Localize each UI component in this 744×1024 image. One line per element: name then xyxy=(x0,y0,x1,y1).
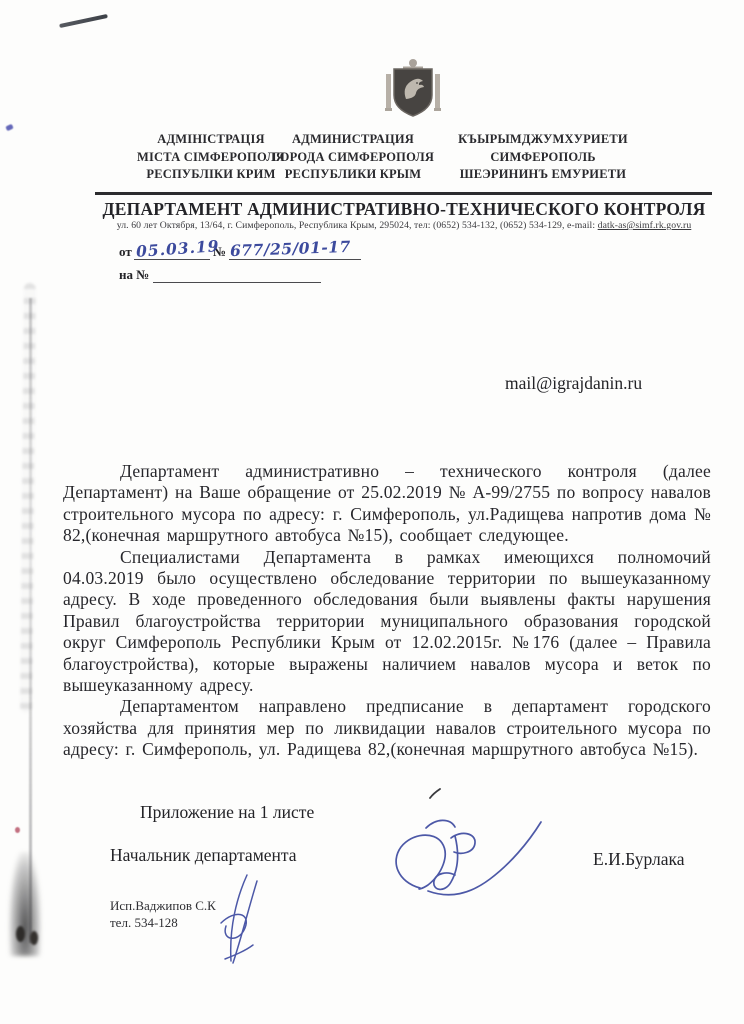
org-name-russian: АДМИНИСТРАЦИЯ ГОРОДА СИМФЕРОПОЛЯ РЕСПУБЛ… xyxy=(262,131,444,184)
smudge-dot xyxy=(16,926,25,942)
org-line: СИМФЕРОПОЛЬ xyxy=(448,149,638,167)
scanned-letter-page: { "colors": { "ink_blue": "#3c4a9d", "pa… xyxy=(0,0,744,1024)
executor-phone: тел. 534-128 xyxy=(110,914,216,931)
body-paragraph-2: Специалистами Департамента в рамках имею… xyxy=(63,547,711,697)
org-line: РЕСПУБЛИКИ КРЫМ xyxy=(262,166,444,184)
reply-reference-line: на № xyxy=(119,266,321,283)
executor-info: Исп.Ваджипов С.К тел. 534-128 xyxy=(110,897,216,931)
org-line: КЪЫРЫМДЖУМХУРИЕТИ xyxy=(448,131,638,149)
department-address: ул. 60 лет Октября, 13/64, г. Симферопол… xyxy=(80,220,728,231)
signature-burlaka xyxy=(362,810,542,905)
red-fleck-artifact xyxy=(15,827,20,833)
pen-mark xyxy=(428,787,442,805)
left-edge-smudge xyxy=(20,283,36,713)
recipient-email: mail@igrajdanin.ru xyxy=(505,373,642,394)
outgoing-reference-line: от05.03.19 №677/25/01-17 xyxy=(119,243,361,260)
org-line: ГОРОДА СИМФЕРОПОЛЯ xyxy=(262,149,444,167)
smudge-dot xyxy=(30,931,38,945)
body-paragraph-3: Департаментом направлено предписание в д… xyxy=(63,696,711,760)
crimea-coat-of-arms-icon xyxy=(384,57,442,126)
from-label: от xyxy=(119,244,132,259)
attachment-note: Приложение на 1 листе xyxy=(140,802,314,823)
department-email: datk-as@simf.rk.gov.ru xyxy=(598,220,692,231)
address-text: ул. 60 лет Октября, 13/64, г. Симферопол… xyxy=(117,220,598,231)
date-field: 05.03.19 xyxy=(134,243,210,260)
letter-body: Департамент административно – техническо… xyxy=(63,461,711,761)
reply-label: на № xyxy=(119,267,149,282)
reply-number-field xyxy=(153,266,321,283)
org-line: ШЕЭРИНИНЪ ЕМУРИЕТИ xyxy=(448,166,638,184)
signer-position: Начальник департамента xyxy=(110,845,297,866)
signature-executor xyxy=(203,871,267,971)
ink-fleck-artifact xyxy=(5,124,13,131)
org-line: АДМИНИСТРАЦИЯ xyxy=(262,131,444,149)
executor-name: Исп.Ваджипов С.К xyxy=(110,897,216,914)
left-edge-smudge-line xyxy=(29,298,32,943)
scan-streak-artifact xyxy=(59,14,108,28)
org-name-crimean-tatar: КЪЫРЫМДЖУМХУРИЕТИ СИМФЕРОПОЛЬ ШЕЭРИНИНЪ … xyxy=(448,131,638,184)
handwritten-date: 05.03.19 xyxy=(135,236,220,261)
letterhead-divider xyxy=(95,192,712,195)
body-paragraph-1: Департамент административно – техническо… xyxy=(63,461,711,547)
signer-name: Е.И.Бурлака xyxy=(593,849,684,870)
department-title: ДЕПАРТАМЕНТ АДМИНИСТРАТИВНО-ТЕХНИЧЕСКОГО… xyxy=(80,199,728,220)
number-field: 677/25/01-17 xyxy=(229,243,361,260)
handwritten-number: 677/25/01-17 xyxy=(230,237,351,260)
